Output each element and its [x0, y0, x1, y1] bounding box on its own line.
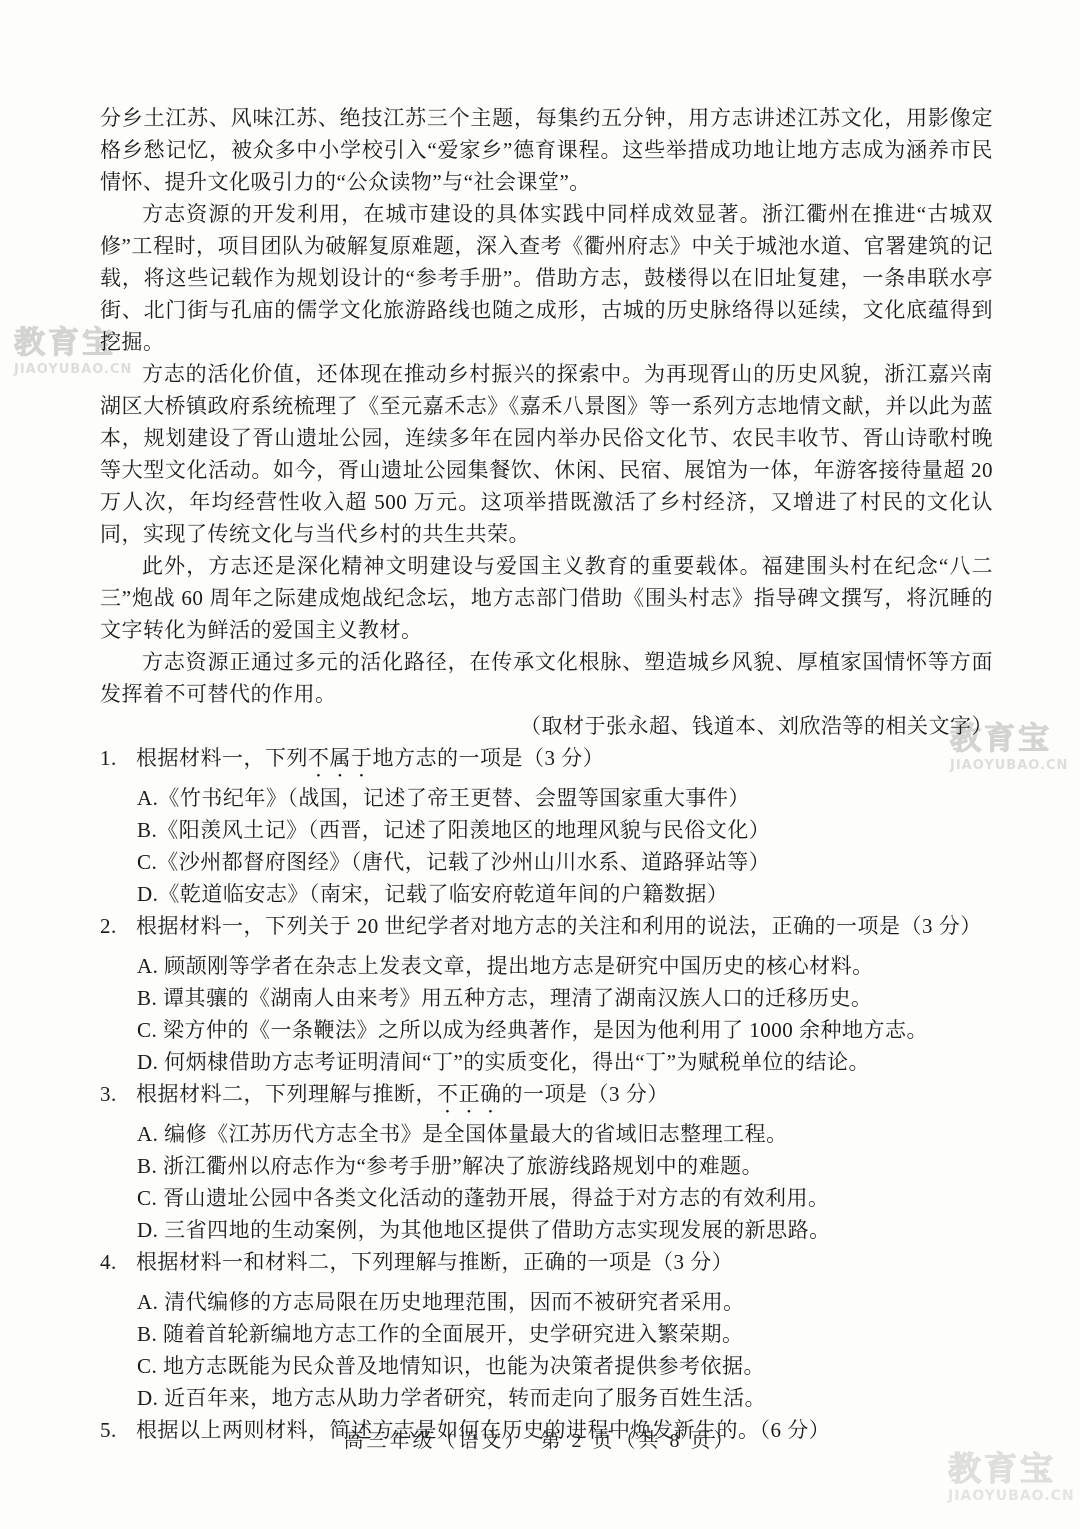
question-3-stem: 3. 根据材料二，下列理解与推断，不正确的一项是（3 分）: [100, 1078, 993, 1118]
question-4-option-a: A. 清代编修的方志局限在历史地理范围，因而不被研究者采用。: [100, 1286, 993, 1318]
watermark-domain: JIAOYUBAO.CN: [948, 1489, 1075, 1503]
question-4: 4. 根据材料一和材料二，下列理解与推断，正确的一项是（3 分） A. 清代编修…: [100, 1246, 993, 1414]
watermark-brand: 教育宝: [948, 1452, 1075, 1485]
material-paragraph-3: 方志的活化价值，还体现在推动乡村振兴的探索中。为再现胥山的历史风貌，浙江嘉兴南湖…: [100, 358, 993, 550]
material-paragraph-2: 方志资源的开发利用，在城市建设的具体实践中同样成效显著。浙江衢州在推进“古城双修…: [100, 198, 993, 358]
emphasized-text: 不属于: [308, 746, 373, 770]
question-2-option-b: B. 谭其骧的《湖南人由来考》用五种方志，理清了湖南汉族人口的迁移历史。: [100, 982, 993, 1014]
question-2-option-c: C. 梁方仲的《一条鞭法》之所以成为经典著作，是因为他利用了 1000 余种地方…: [100, 1014, 993, 1046]
question-number: 4.: [100, 1246, 136, 1278]
question-1-option-a: A.《竹书纪年》（战国，记述了帝王更替、会盟等国家重大事件）: [100, 782, 993, 814]
question-2-option-a: A. 顾颉刚等学者在杂志上发表文章，提出地方志是研究中国历史的核心材料。: [100, 950, 993, 982]
question-stem-text: 根据材料一和材料二，下列理解与推断，正确的一项是（3 分）: [136, 1246, 993, 1286]
question-3-option-b: B. 浙江衢州以府志作为“参考手册”解决了旅游线路规划中的难题。: [100, 1150, 993, 1182]
question-4-stem: 4. 根据材料一和材料二，下列理解与推断，正确的一项是（3 分）: [100, 1246, 993, 1286]
question-4-option-d: D. 近百年来，地方志从助力学者研究，转而走向了服务百姓生活。: [100, 1382, 993, 1414]
exam-content: 分乡土江苏、风味江苏、绝技江苏三个主题，每集约五分钟，用方志讲述江苏文化，用影像…: [100, 102, 993, 1454]
question-stem-text: 根据材料一，下列关于 20 世纪学者对地方志的关注和利用的说法，正确的一项是（3…: [136, 910, 993, 950]
question-1-stem: 1. 根据材料一，下列不属于地方志的一项是（3 分）: [100, 742, 993, 782]
material-paragraph-5: 方志资源正通过多元的活化路径，在传承文化根脉、塑造城乡风貌、厚植家国情怀等方面发…: [100, 646, 993, 710]
question-stem-text: 根据材料一，下列不属于地方志的一项是（3 分）: [136, 742, 993, 782]
material-attribution: （取材于张永超、钱道本、刘欣浩等的相关文字）: [100, 710, 993, 742]
page-footer: 高三年级（语文） 第 2 页（共 8 页）: [0, 1424, 1080, 1453]
material-paragraph-1: 分乡土江苏、风味江苏、绝技江苏三个主题，每集约五分钟，用方志讲述江苏文化，用影像…: [100, 102, 993, 198]
question-number: 1.: [100, 742, 136, 774]
question-1: 1. 根据材料一，下列不属于地方志的一项是（3 分） A.《竹书纪年》（战国，记…: [100, 742, 993, 910]
question-number: 3.: [100, 1078, 136, 1110]
watermark-bottom: 教育宝 JIAOYUBAO.CN: [948, 1452, 1075, 1503]
question-3-option-c: C. 胥山遗址公园中各类文化活动的蓬勃开展，得益于对方志的有效利用。: [100, 1182, 993, 1214]
question-1-option-b: B.《阳羡风土记》（西晋，记述了阳羡地区的地理风貌与民俗文化）: [100, 814, 993, 846]
question-stem-text: 根据材料二，下列理解与推断，不正确的一项是（3 分）: [136, 1078, 993, 1118]
question-number: 2.: [100, 910, 136, 942]
question-2-option-d: D. 何炳棣借助方志考证明清间“丁”的实质变化，得出“丁”为赋税单位的结论。: [100, 1046, 993, 1078]
question-4-option-b: B. 随着首轮新编地方志工作的全面展开，史学研究进入繁荣期。: [100, 1318, 993, 1350]
question-2-stem: 2. 根据材料一，下列关于 20 世纪学者对地方志的关注和利用的说法，正确的一项…: [100, 910, 993, 950]
exam-page: 教育宝 JIAOYUBAO.CN 教育宝 JIAOYUBAO.CN 教育宝 JI…: [0, 0, 1080, 1529]
material-paragraph-4: 此外，方志还是深化精神文明建设与爱国主义教育的重要载体。福建围头村在纪念“八二三…: [100, 550, 993, 646]
emphasized-text: 不正确: [437, 1082, 502, 1106]
question-1-option-c: C.《沙州都督府图经》（唐代，记载了沙州山川水系、道路驿站等）: [100, 846, 993, 878]
question-2: 2. 根据材料一，下列关于 20 世纪学者对地方志的关注和利用的说法，正确的一项…: [100, 910, 993, 1078]
question-3-option-a: A. 编修《江苏历代方志全书》是全国体量最大的省域旧志整理工程。: [100, 1118, 993, 1150]
question-3: 3. 根据材料二，下列理解与推断，不正确的一项是（3 分） A. 编修《江苏历代…: [100, 1078, 993, 1246]
question-1-option-d: D.《乾道临安志》（南宋，记载了临安府乾道年间的户籍数据）: [100, 878, 993, 910]
question-3-option-d: D. 三省四地的生动案例，为其他地区提供了借助方志实现发展的新思路。: [100, 1214, 993, 1246]
question-4-option-c: C. 地方志既能为民众普及地情知识，也能为决策者提供参考依据。: [100, 1350, 993, 1382]
